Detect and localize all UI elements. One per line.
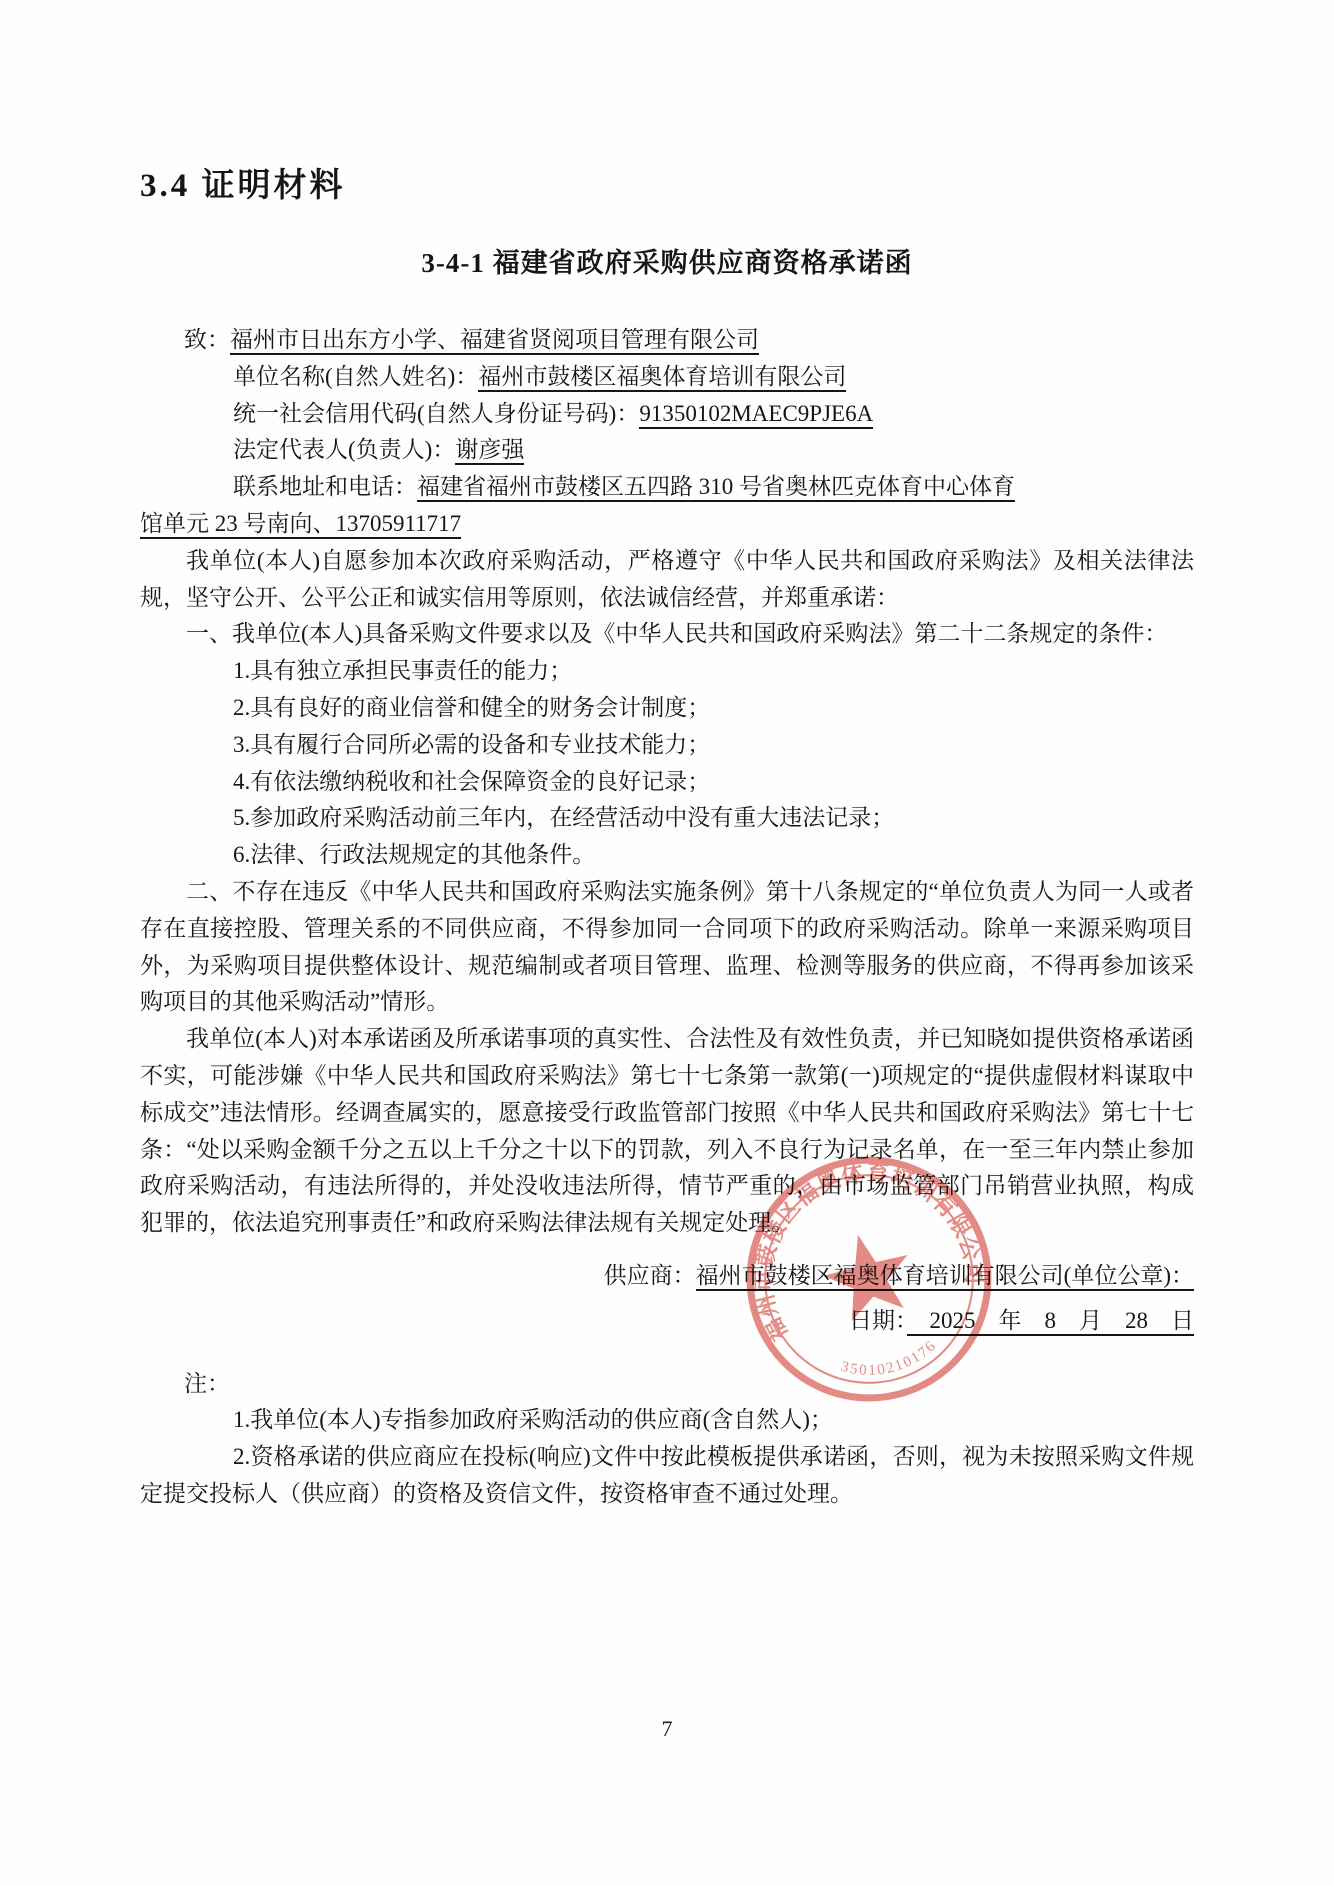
supplier-value: 福州市鼓楼区福奥体育培训有限公司(单位公章)： [696, 1263, 1194, 1291]
notes-block: 注： 1.我单位(本人)专指参加政府采购活动的供应商(含自然人)； 2.资格承诺… [140, 1366, 1194, 1513]
condition-item: 1.具有独立承担民事责任的能力； [140, 653, 1194, 690]
paragraph-liability: 我单位(本人)对本承诺函及所承诺事项的真实性、合法性及有效性负责，并已知晓如提供… [140, 1021, 1194, 1242]
to-value: 福州市日出东方小学、福建省贤阅项目管理有限公司 [230, 327, 759, 355]
date-value: 2025 年 8 月 28 日 [907, 1308, 1195, 1336]
condition-item: 5.参加政府采购活动前三年内，在经营活动中没有重大违法记录； [140, 800, 1194, 837]
field-label: 联系地址和电话： [233, 474, 417, 499]
supplier-label: 供应商： [604, 1263, 696, 1288]
to-label: 致： [184, 327, 230, 352]
signature-block: 供应商：福州市鼓楼区福奥体育培训有限公司(单位公章)： 日期： 2025 年 8… [140, 1258, 1194, 1340]
field-value: 91350102MAEC9PJE6A [639, 401, 873, 429]
field-company-name: 单位名称(自然人姓名)：福州市鼓楼区福奥体育培训有限公司 [140, 359, 1194, 396]
page-content: 3.4 证明材料 3-4-1 福建省政府采购供应商资格承诺函 致：福州市日出东方… [140, 0, 1194, 1513]
recipient-block: 致：福州市日出东方小学、福建省贤阅项目管理有限公司 单位名称(自然人姓名)：福州… [140, 322, 1194, 543]
field-legal-representative: 法定代表人(负责人)：谢彦强 [140, 432, 1194, 469]
field-value: 谢彦强 [455, 437, 524, 465]
note-item: 2.资格承诺的供应商应在投标(响应)文件中按此模板提供承诺函，否则，视为未按照采… [140, 1439, 1194, 1513]
condition-item: 6.法律、行政法规规定的其他条件。 [140, 837, 1194, 874]
page-number: 7 [0, 1716, 1334, 1742]
document-page: 3.4 证明材料 3-4-1 福建省政府采购供应商资格承诺函 致：福州市日出东方… [0, 0, 1334, 1886]
condition-item: 2.具有良好的商业信誉和健全的财务会计制度； [140, 690, 1194, 727]
field-contact-continuation: 馆单元 23 号南向、13705911717 [140, 506, 1194, 543]
field-label: 单位名称(自然人姓名)： [233, 364, 478, 389]
field-value: 福建省福州市鼓楼区五四路 310 号省奥林匹克体育中心体育 [417, 474, 1015, 502]
paragraph-section-one: 一、我单位(本人)具备采购文件要求以及《中华人民共和国政府采购法》第二十二条规定… [140, 616, 1194, 653]
document-title: 3-4-1 福建省政府采购供应商资格承诺函 [140, 244, 1194, 282]
condition-item: 4.有依法缴纳税收和社会保障资金的良好记录； [140, 764, 1194, 801]
paragraph-intro: 我单位(本人)自愿参加本次政府采购活动，严格遵守《中华人民共和国政府采购法》及相… [140, 543, 1194, 617]
notes-label: 注： [140, 1366, 1194, 1403]
field-contact: 联系地址和电话：福建省福州市鼓楼区五四路 310 号省奥林匹克体育中心体育 [140, 469, 1194, 506]
commitment-body: 我单位(本人)自愿参加本次政府采购活动，严格遵守《中华人民共和国政府采购法》及相… [140, 543, 1194, 1242]
condition-item: 3.具有履行合同所必需的设备和专业技术能力； [140, 727, 1194, 764]
section-heading: 3.4 证明材料 [140, 164, 1194, 208]
recipient-to-line: 致：福州市日出东方小学、福建省贤阅项目管理有限公司 [140, 322, 1194, 359]
field-label: 统一社会信用代码(自然人身份证号码)： [233, 401, 639, 426]
field-credit-code: 统一社会信用代码(自然人身份证号码)：91350102MAEC9PJE6A [140, 396, 1194, 433]
date-label: 日期： [849, 1308, 907, 1333]
field-value: 福州市鼓楼区福奥体育培训有限公司 [478, 364, 846, 392]
field-label: 法定代表人(负责人)： [233, 437, 455, 462]
date-line: 日期： 2025 年 8 月 28 日 [140, 1303, 1194, 1340]
paragraph-section-two: 二、不存在违反《中华人民共和国政府采购法实施条例》第十八条规定的“单位负责人为同… [140, 874, 1194, 1021]
supplier-line: 供应商：福州市鼓楼区福奥体育培训有限公司(单位公章)： [140, 1258, 1194, 1295]
note-item: 1.我单位(本人)专指参加政府采购活动的供应商(含自然人)； [140, 1402, 1194, 1439]
